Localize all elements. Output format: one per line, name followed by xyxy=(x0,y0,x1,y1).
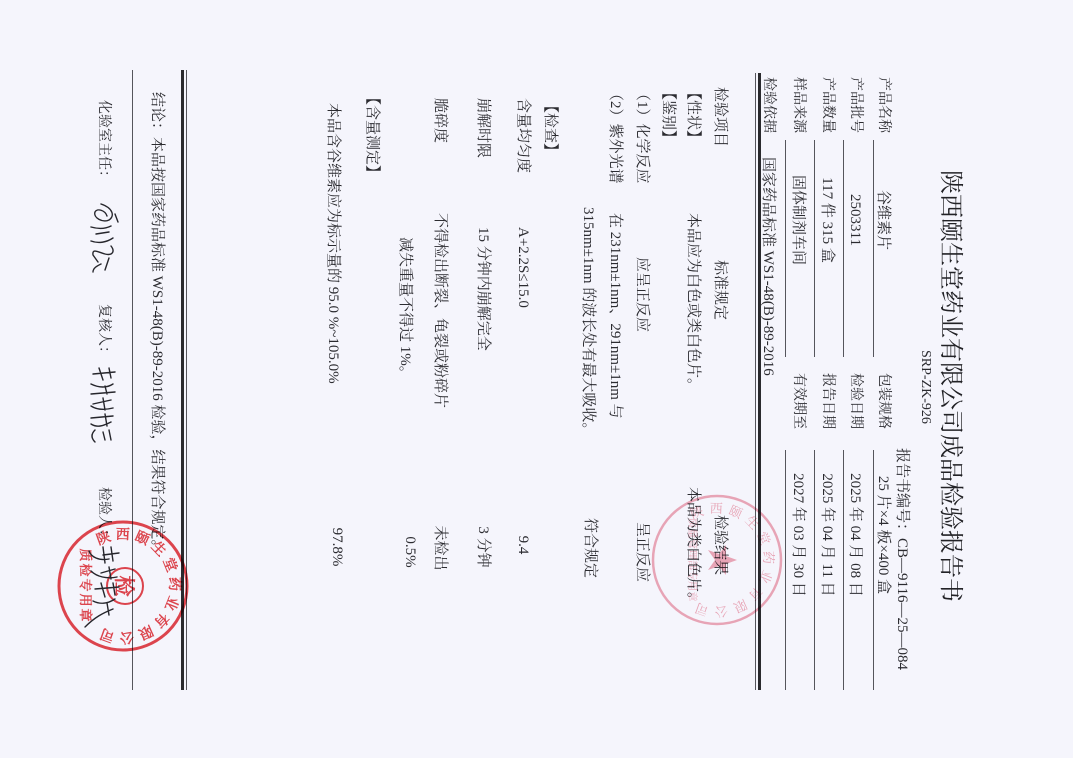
test-standard: 本品应为白色或类白色片。 xyxy=(683,213,703,393)
signature-label-lab-director: 化验室主任： xyxy=(93,100,113,184)
info-value: 2025 年 04 月 11 日 xyxy=(817,455,837,615)
underline xyxy=(814,450,815,690)
seal-bottom-text: 质量管理部专用章 xyxy=(686,518,699,602)
test-standard: 315nm±1nm 的波长处有最大吸收。 xyxy=(578,207,598,437)
underline xyxy=(873,140,874,357)
info-value: 国家药品标准 WS1-48(B)-89-2016 xyxy=(758,157,778,376)
test-result: 符合规定 xyxy=(580,468,600,628)
form-code: SRP-ZK-926 xyxy=(916,350,934,424)
test-result: 9.4 xyxy=(513,465,533,625)
handwritten-signature-reviewer xyxy=(85,364,121,446)
underline xyxy=(843,140,844,357)
info-label: 报告日期 xyxy=(817,373,837,429)
info-label: 包装规格 xyxy=(873,373,893,429)
inspection-report-page: 陕西颐生堂药业有限公司成品检验报告书 SRP-ZK-926 报告书编号：CB—9… xyxy=(0,0,1073,758)
test-name: 含量均匀度 xyxy=(513,98,533,173)
underline xyxy=(785,140,786,357)
info-value: 2503311 xyxy=(845,140,865,300)
section-assay: 【含量测定】 xyxy=(362,90,382,180)
info-label: 产品数量 xyxy=(817,77,837,133)
info-label: 产品批号 xyxy=(845,77,865,133)
underline xyxy=(843,450,844,690)
test-standard: 15 分钟内崩解完全 xyxy=(473,227,493,351)
conclusion: 结论：本品按国家药品标准 WS1-48(B)-89-2016 检验，结果符合规定… xyxy=(147,92,167,554)
test-name: 崩解时限 xyxy=(473,98,493,158)
header-standard: 标准规定 xyxy=(710,260,730,320)
info-value: 谷维素片 xyxy=(873,140,893,300)
test-standard: 应呈正反应 xyxy=(632,257,652,332)
test-name: 脆碎度 xyxy=(430,98,450,143)
handwritten-signature-lab-director xyxy=(83,200,123,276)
section-appearance: 【性状】 xyxy=(683,85,703,145)
info-value: 2025 年 04 月 08 日 xyxy=(845,455,865,615)
underline xyxy=(814,140,815,357)
handwritten-signature-inspector xyxy=(81,543,125,631)
qa-department-seal: 陕西颐生堂药业有限公司 质量管理部专用章 xyxy=(647,490,787,630)
info-value: 117 件 315 盒 xyxy=(817,140,837,300)
test-standard: A+2.2S≤15.0 xyxy=(513,227,533,308)
section-inspection: 【检查】 xyxy=(540,98,560,158)
test-result: 未检出 xyxy=(430,468,450,628)
test-result: 0.5% xyxy=(400,472,420,632)
report-title: 陕西颐生堂药业有限公司成品检验报告书 xyxy=(935,170,965,602)
test-standard: 在 231nm±1nm、291nm±1nm 与 xyxy=(605,213,625,419)
info-value: 2027 年 03 月 30 日 xyxy=(788,455,808,615)
info-label: 检验日期 xyxy=(845,373,865,429)
info-value: 固体制剂车间 xyxy=(788,140,808,300)
test-standard: 本品含谷维素应为标示量的 95.0 %~105.0% xyxy=(323,103,343,384)
signature-label-reviewer: 复核人： xyxy=(93,304,113,360)
test-name: （2）紫外光谱 xyxy=(605,86,625,184)
test-standard: 不得检出断裂、龟裂或粉碎片 xyxy=(430,213,450,408)
section-identification: 【鉴别】 xyxy=(658,85,678,145)
info-label: 检验依据 xyxy=(758,77,778,133)
test-name: （1）化学反应 xyxy=(632,86,652,184)
info-label: 样品来源 xyxy=(788,77,808,133)
report-number-label: 报告书编号： xyxy=(894,448,910,538)
header-item: 检验项目 xyxy=(710,87,730,147)
test-standard: 减失重量不得过 1%。 xyxy=(395,237,415,381)
info-label: 有效期至 xyxy=(788,373,808,429)
report-number: 报告书编号：CB—9116—25—084 xyxy=(892,448,912,670)
star-icon xyxy=(708,545,737,575)
test-result: 3 分钟 xyxy=(473,467,493,627)
info-value: 25 片×4 板×400 盒 xyxy=(873,455,893,615)
underline xyxy=(873,450,874,690)
report-number-value: CB—9116—25—084 xyxy=(894,538,910,670)
info-label: 产品名称 xyxy=(873,77,893,133)
test-result: 97.8% xyxy=(327,467,347,627)
